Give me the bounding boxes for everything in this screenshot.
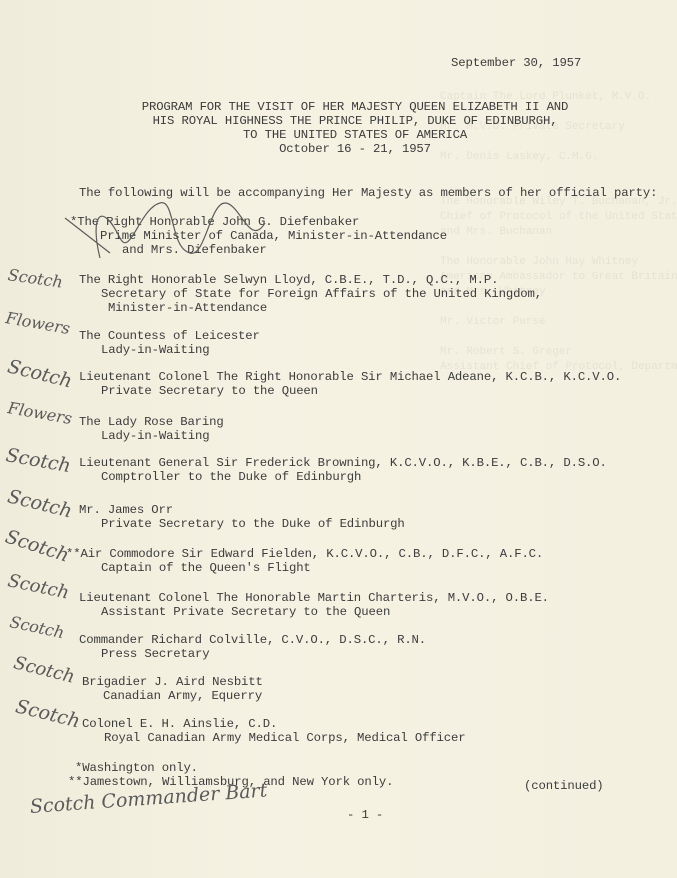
footnote: *Washington only.	[75, 761, 198, 775]
document-page: Captain The Lord Plunket, M.V.O. Mr. M.V…	[0, 0, 677, 878]
member-title: Private Secretary to the Queen	[101, 384, 318, 398]
document-date: September 30, 1957	[451, 56, 581, 70]
title-line: HIS ROYAL HIGHNESS THE PRINCE PHILIP, DU…	[130, 114, 580, 128]
member-name: Brigadier J. Aird Nesbitt	[82, 675, 263, 689]
member-title: Canadian Army, Equerry	[103, 689, 262, 703]
member-name: Colonel E. H. Ainslie, C.D.	[82, 717, 277, 731]
member-title: Lady-in-Waiting	[101, 343, 209, 357]
member-title: Comptroller to the Duke of Edinburgh	[101, 470, 361, 484]
title-line: PROGRAM FOR THE VISIT OF HER MAJESTY QUE…	[130, 100, 580, 114]
member-name: Mr. James Orr	[79, 503, 173, 517]
member-title: Lady-in-Waiting	[101, 429, 209, 443]
handwritten-annotation: Scotch	[5, 355, 74, 392]
handwritten-annotation: Scotch	[6, 570, 71, 603]
handwritten-annotation: Scotch	[8, 612, 66, 642]
handwritten-annotation: Scotch	[11, 652, 76, 687]
member-title: Royal Canadian Army Medical Corps, Medic…	[104, 731, 465, 745]
handwritten-annotation: Scotch	[3, 526, 72, 567]
member-name: The Right Honorable Selwyn Lloyd, C.B.E.…	[79, 273, 498, 287]
title-line: October 16 - 21, 1957	[130, 142, 580, 156]
member-title: Press Secretary	[101, 647, 209, 661]
handwritten-annotation: Scotch	[4, 444, 72, 477]
handwritten-annotation: Scotch	[5, 485, 74, 522]
member-title: Private Secretary to the Duke of Edinbur…	[101, 517, 405, 531]
strikethrough-scribble	[60, 198, 290, 268]
page-number: - 1 -	[347, 808, 383, 822]
document-title: PROGRAM FOR THE VISIT OF HER MAJESTY QUE…	[130, 100, 580, 156]
member-title: Assistant Private Secretary to the Queen	[101, 605, 390, 619]
member-title: Captain of the Queen's Flight	[101, 561, 311, 575]
member-name: Lieutenant Colonel The Right Honorable S…	[79, 370, 621, 384]
member-name: **Air Commodore Sir Edward Fielden, K.C.…	[66, 547, 543, 561]
handwritten-annotation: Scotch	[13, 695, 82, 732]
title-line: TO THE UNITED STATES OF AMERICA	[130, 128, 580, 142]
member-title: Minister-in-Attendance	[108, 301, 267, 315]
member-name: Lieutenant General Sir Frederick Brownin…	[79, 456, 607, 470]
member-name: The Lady Rose Baring	[79, 415, 224, 429]
member-name: Lieutenant Colonel The Honorable Martin …	[79, 591, 549, 605]
member-name: The Countess of Leicester	[79, 329, 260, 343]
handwritten-annotation: Scotch	[7, 265, 64, 292]
handwritten-annotation: Flowers	[4, 308, 71, 338]
handwritten-annotation: Flowers	[6, 398, 73, 428]
member-name: Commander Richard Colville, C.V.O., D.S.…	[79, 633, 426, 647]
member-title: Secretary of State for Foreign Affairs o…	[101, 287, 542, 301]
continued-label: (continued)	[524, 779, 604, 793]
